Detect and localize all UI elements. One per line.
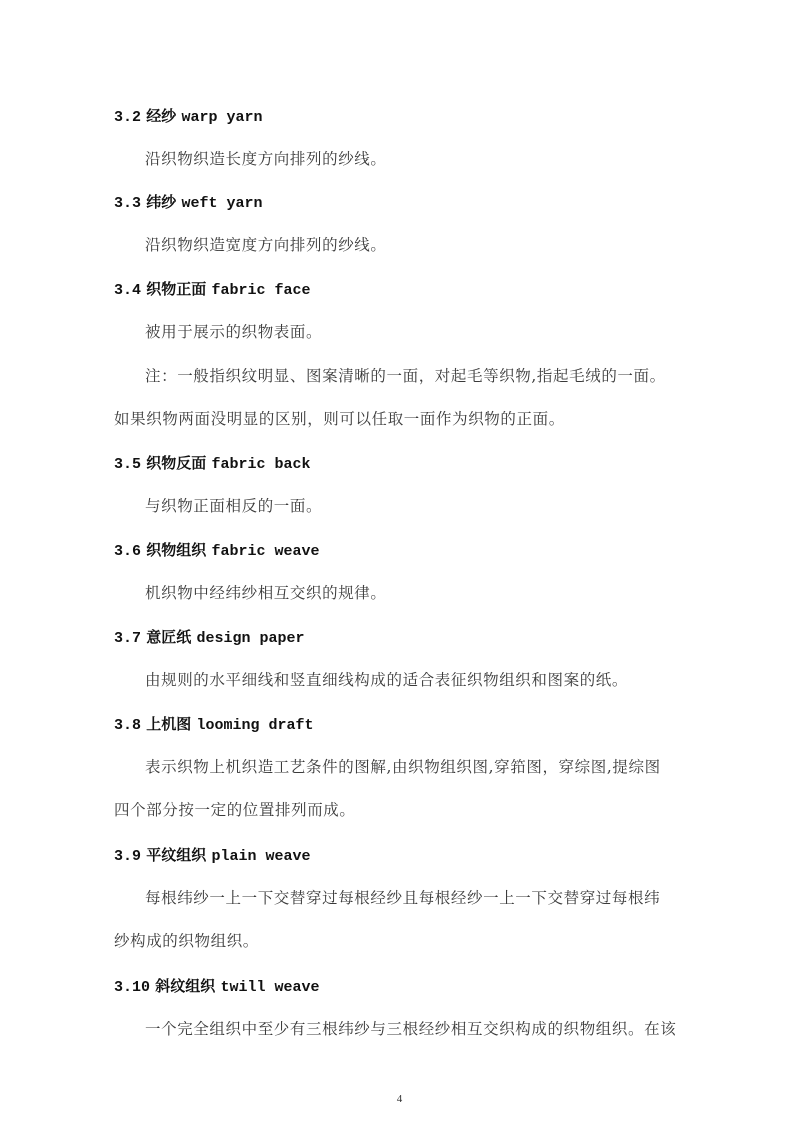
term-english: design paper bbox=[197, 630, 305, 647]
term-english: fabric weave bbox=[212, 543, 320, 560]
section-number: 3.9 bbox=[114, 848, 141, 865]
section-paragraph: 表示织物上机织造工艺条件的图解,由织物组织图,穿筘图，穿综图,提综图 bbox=[145, 757, 661, 777]
section-heading-3-7: 3.7 意匠纸 design paper bbox=[114, 627, 305, 649]
section-heading-3-6: 3.6 织物组织 fabric weave bbox=[114, 540, 320, 562]
section-paragraph: 沿织物织造宽度方向排列的纱线。 bbox=[145, 235, 387, 255]
section-heading-3-3: 3.3 纬纱 weft yarn bbox=[114, 192, 263, 214]
section-heading-3-2: 3.2 经纱 warp yarn bbox=[114, 106, 263, 128]
section-paragraph: 被用于展示的织物表面。 bbox=[145, 322, 322, 342]
note-paragraph-continued: 如果织物两面没明显的区别，则可以任取一面作为织物的正面。 bbox=[114, 409, 565, 429]
section-number: 3.7 bbox=[114, 630, 141, 647]
page-number: 4 bbox=[0, 1093, 799, 1105]
term-chinese: 平纹组织 bbox=[146, 846, 206, 864]
section-paragraph: 一个完全组织中至少有三根纬纱与三根经纱相互交织构成的织物组织。在该 bbox=[145, 1019, 676, 1039]
term-chinese: 织物组织 bbox=[146, 541, 206, 559]
section-paragraph: 机织物中经纬纱相互交织的规律。 bbox=[145, 583, 387, 603]
term-english: twill weave bbox=[221, 979, 320, 996]
section-number: 3.4 bbox=[114, 282, 141, 299]
term-english: plain weave bbox=[212, 848, 311, 865]
section-paragraph: 每根纬纱一上一下交替穿过每根经纱且每根经纱一上一下交替穿过每根纬 bbox=[145, 888, 660, 908]
term-chinese: 上机图 bbox=[146, 715, 191, 733]
term-english: fabric face bbox=[212, 282, 311, 299]
section-paragraph: 由规则的水平细线和竖直细线构成的适合表征织物组织和图案的纸。 bbox=[145, 670, 628, 690]
section-paragraph-continued: 四个部分按一定的位置排列而成。 bbox=[114, 800, 356, 820]
section-heading-3-5: 3.5 织物反面 fabric back bbox=[114, 453, 311, 475]
section-heading-3-9: 3.9 平纹组织 plain weave bbox=[114, 845, 311, 867]
term-chinese: 斜纹组织 bbox=[155, 977, 215, 995]
note-paragraph: 注：一般指织纹明显、图案清晰的一面，对起毛等织物,指起毛绒的一面。 bbox=[145, 366, 666, 386]
section-paragraph: 与织物正面相反的一面。 bbox=[145, 496, 322, 516]
section-number: 3.6 bbox=[114, 543, 141, 560]
term-english: warp yarn bbox=[182, 109, 263, 126]
term-english: looming draft bbox=[197, 717, 314, 734]
term-chinese: 织物正面 bbox=[146, 280, 206, 298]
section-number: 3.5 bbox=[114, 456, 141, 473]
term-english: weft yarn bbox=[182, 195, 263, 212]
section-heading-3-4: 3.4 织物正面 fabric face bbox=[114, 279, 311, 301]
section-number: 3.8 bbox=[114, 717, 141, 734]
section-heading-3-8: 3.8 上机图 looming draft bbox=[114, 714, 314, 736]
section-paragraph-continued: 纱构成的织物组织。 bbox=[114, 931, 259, 951]
section-paragraph: 沿织物织造长度方向排列的纱线。 bbox=[145, 149, 387, 169]
term-chinese: 织物反面 bbox=[146, 454, 206, 472]
term-chinese: 经纱 bbox=[146, 107, 176, 125]
section-number: 3.3 bbox=[114, 195, 141, 212]
term-chinese: 纬纱 bbox=[146, 193, 176, 211]
term-chinese: 意匠纸 bbox=[146, 628, 191, 646]
term-english: fabric back bbox=[212, 456, 311, 473]
document-page: 3.2 经纱 warp yarn 沿织物织造长度方向排列的纱线。 3.3 纬纱 … bbox=[0, 0, 799, 1140]
section-heading-3-10: 3.10 斜纹组织 twill weave bbox=[114, 976, 320, 998]
section-number: 3.2 bbox=[114, 109, 141, 126]
section-number: 3.10 bbox=[114, 979, 150, 996]
